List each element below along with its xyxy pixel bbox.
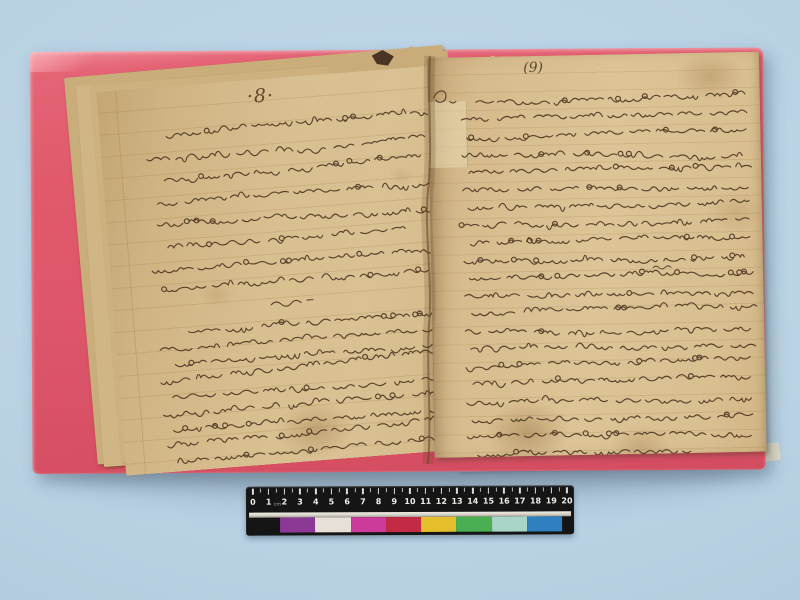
- handwriting-line: [476, 90, 745, 107]
- handwriting-line: [468, 199, 749, 214]
- scale-tick: [425, 488, 427, 494]
- scale-tick: [441, 488, 443, 494]
- scale-halftick: [559, 487, 560, 491]
- handwriting-line: [469, 162, 752, 176]
- handwriting-line: [466, 354, 750, 372]
- scale-tick: [393, 488, 395, 494]
- handwriting-line: [152, 245, 433, 275]
- scale-halftick: [386, 488, 387, 492]
- measuring-scale: 01cm234567891011121314151617181920: [246, 485, 574, 535]
- scale-halftick: [464, 488, 465, 492]
- scale-number: 10: [403, 497, 417, 506]
- margin-mark: [434, 91, 456, 104]
- scale-tick: [550, 487, 552, 493]
- handwriting-line: [163, 387, 460, 420]
- handwriting-line: [467, 427, 751, 443]
- handwriting-line: [147, 134, 426, 166]
- handwriting-line: [469, 267, 753, 282]
- scale-number: 19: [544, 496, 558, 505]
- archival-photo: ·8· (9) 01cm2345678910111213141516171819…: [0, 0, 800, 600]
- calibration-patch-purple: [280, 517, 315, 532]
- handwriting-left: [96, 65, 475, 476]
- scale-number: 12: [434, 497, 448, 506]
- scale-tick: [566, 487, 568, 493]
- handwriting-line: [157, 176, 442, 209]
- calibration-patch-green: [456, 517, 491, 532]
- scale-halftick: [370, 488, 371, 492]
- scale-tick: [284, 489, 286, 495]
- scale-tick: [378, 488, 380, 494]
- handwriting-line: [467, 392, 752, 408]
- scale-halftick: [323, 488, 324, 492]
- scale-tick: [535, 487, 537, 493]
- handwriting-line: [168, 225, 406, 252]
- scale-number: 3: [293, 497, 307, 506]
- scale-tick: [315, 488, 317, 494]
- scale-halftick: [402, 488, 403, 492]
- handwriting-line: [471, 339, 756, 354]
- scale-number: 4: [309, 497, 323, 506]
- scale-number: 17: [513, 496, 527, 505]
- scale-tick-row: 01cm234567891011121314151617181920: [246, 485, 574, 512]
- scale-halftick: [354, 488, 355, 492]
- scale-halftick: [292, 489, 293, 493]
- scale-number: 14: [466, 497, 480, 506]
- left-page: ·8·: [96, 65, 475, 476]
- section-divider: [271, 299, 313, 307]
- handwriting-line: [467, 126, 746, 142]
- handwriting-line: [173, 405, 452, 434]
- scale-tick: [299, 488, 301, 494]
- calibration-patch-magenta: [351, 517, 386, 532]
- scale-halftick: [307, 488, 308, 492]
- scale-number: 9: [387, 497, 401, 506]
- scale-number: 7: [356, 497, 370, 506]
- handwriting-line: [473, 372, 751, 388]
- scale-halftick: [543, 487, 544, 491]
- scale-number: 5: [324, 497, 338, 506]
- scale-halftick: [527, 487, 528, 491]
- scale-halftick: [496, 488, 497, 492]
- handwriting-line: [463, 182, 749, 195]
- scale-halftick: [433, 488, 434, 492]
- scale-tick: [331, 488, 333, 494]
- scale-number: 8: [372, 497, 386, 506]
- scale-number: 16: [497, 497, 511, 506]
- scale-number: 6: [340, 497, 354, 506]
- scale-number: 13: [450, 497, 464, 506]
- scale-tick: [503, 488, 505, 494]
- scale-tick: [346, 488, 348, 494]
- scale-tick: [519, 488, 521, 494]
- handwriting-right: [427, 52, 767, 458]
- scale-halftick: [511, 488, 512, 492]
- scale-halftick: [449, 488, 450, 492]
- handwriting-line: [166, 107, 433, 139]
- cover-corner-fold: [30, 52, 110, 72]
- handwriting-line: [188, 306, 457, 337]
- scale-number: 11: [419, 497, 433, 506]
- scale-tick: [252, 489, 254, 495]
- scale-number: 18: [529, 496, 543, 505]
- color-calibration-bar: [246, 516, 574, 532]
- handwriting-line: [462, 147, 742, 165]
- handwriting-line: [160, 348, 453, 386]
- scale-halftick: [276, 489, 277, 493]
- handwriting-line: [157, 199, 438, 234]
- calibration-patch-blue: [527, 516, 562, 531]
- handwriting-line: [470, 233, 750, 246]
- scale-halftick: [339, 488, 340, 492]
- scale-tick: [456, 488, 458, 494]
- scale-tick: [488, 488, 490, 494]
- calibration-patch-red: [386, 517, 421, 532]
- superscript-note: [653, 266, 671, 269]
- calibration-patch-white: [315, 517, 350, 532]
- scale-tick: [268, 489, 270, 495]
- right-page: (9): [427, 52, 767, 458]
- scale-tick: [362, 488, 364, 494]
- scale-number: 2: [277, 498, 291, 507]
- handwriting-line: [472, 412, 753, 426]
- scale-halftick: [417, 488, 418, 492]
- handwriting-line: [465, 324, 750, 339]
- handwriting-line: [465, 288, 753, 302]
- calibration-patch-cyan: [492, 516, 527, 531]
- handwriting-line: [461, 109, 746, 121]
- calibration-patch-yellow: [421, 517, 456, 532]
- scale-tick: [409, 488, 411, 494]
- scale-halftick: [260, 489, 261, 493]
- handwriting-line: [459, 217, 749, 231]
- scale-number: 20: [560, 496, 574, 505]
- scale-number: 15: [481, 497, 495, 506]
- handwriting-line: [160, 323, 455, 353]
- handwriting-line: [464, 252, 744, 267]
- scale-tick: [472, 488, 474, 494]
- handwriting-line: [472, 301, 757, 316]
- scale-halftick: [480, 488, 481, 492]
- scale-number: 0: [246, 498, 260, 507]
